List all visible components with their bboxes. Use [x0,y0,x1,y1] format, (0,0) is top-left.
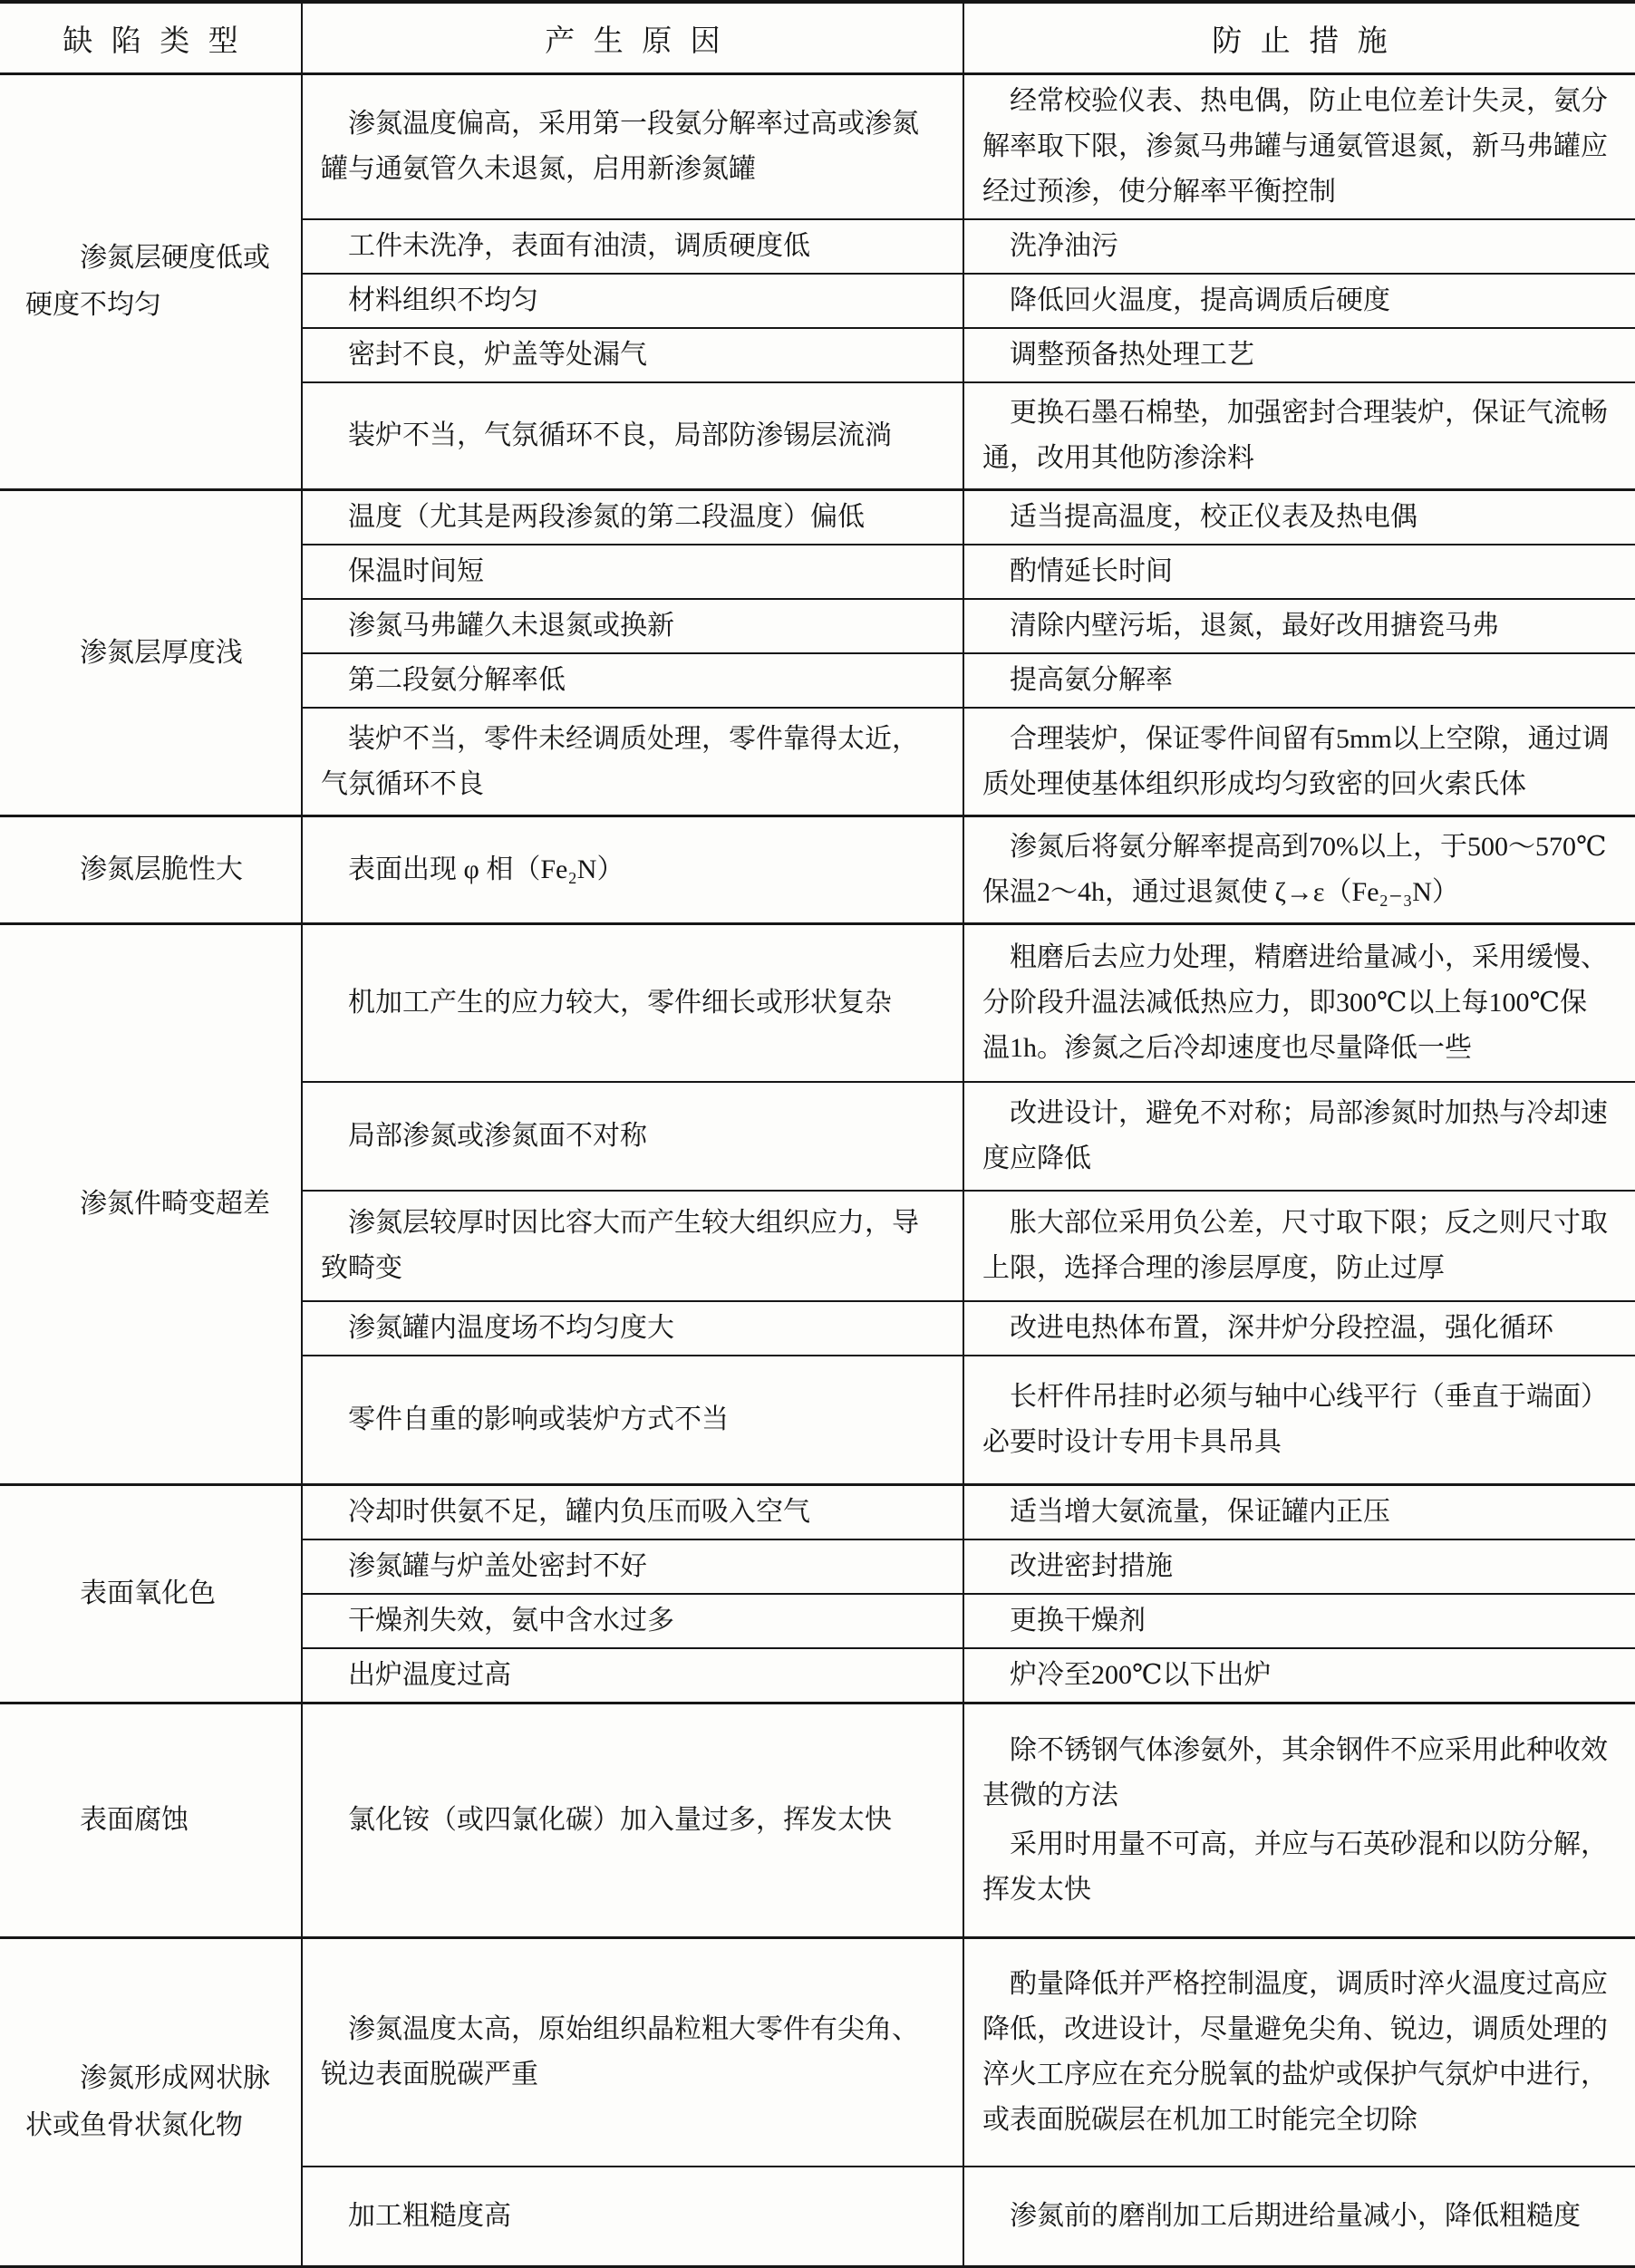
table-row: 表面出现 φ 相（Fe₂N） 渗氮后将氨分解率提高到70%以上，于500～570… [303,817,1635,922]
cause-cell: 表面出现 φ 相（Fe₂N） [303,817,964,922]
defect-cell: 渗氮件畸变超差 [0,925,303,1483]
defect-label: 渗氮层厚度浅 [0,624,254,682]
section-surface-corrosion: 表面腐蚀 氯化铵（或四氯化碳）加入量过多，挥发太快 除不锈钢气体渗氨外，其余钢件… [0,1702,1635,1936]
measure-text: 洗净油污 [964,220,1635,273]
table-row: 第二段氨分解率低 提高氨分解率 [303,652,1635,707]
table-row: 渗氮层较厚时因比容大而产生较大组织应力，导致畸变 胀大部位采用负公差，尺寸取下限… [303,1190,1635,1300]
measure-cell: 渗氮后将氨分解率提高到70%以上，于500～570℃保温2～4h，通过退氮使 ζ… [964,817,1635,922]
measure-cell: 改进电热体布置，深井炉分段控温，强化循环 [964,1302,1635,1355]
cause-cell: 渗氮马弗罐久未退氮或换新 [303,600,964,652]
table-row: 出炉温度过高 炉冷至200℃以下出炉 [303,1647,1635,1702]
cause-text: 冷却时供氨不足，罐内负压而吸入空气 [303,1486,963,1539]
section-network-nitrides: 渗氮形成网状脉状或鱼骨状氮化物 渗氮温度太高，原始组织晶粒粗大零件有尖角、锐边表… [0,1936,1635,2265]
measure-text: 适当提高温度，校正仪表及热电偶 [964,491,1635,544]
table-header-row: 缺陷类型 产生原因 防止措施 [0,4,1635,75]
measure-text: 经常校验仪表、热电偶，防止电位差计失灵，氨分解率取下限，渗氮马弗罐与通氨管退氮，… [964,75,1635,218]
measure-text: 酌量降低并严格控制温度，调质时淬火温度过高应降低，改进设计，尽量避免尖角、锐边，… [964,1958,1635,2147]
table-row: 渗氮温度太高，原始组织晶粒粗大零件有尖角、锐边表面脱碳严重 酌量降低并严格控制温… [303,1939,1635,2166]
measure-cell: 调整预备热处理工艺 [964,329,1635,381]
measure-text: 更换干燥剂 [964,1595,1635,1647]
section-rows: 渗氮温度太高，原始组织晶粒粗大零件有尖角、锐边表面脱碳严重 酌量降低并严格控制温… [303,1939,1635,2265]
measure-text: 改进密封措施 [964,1540,1635,1593]
measure-cell: 酌量降低并严格控制温度，调质时淬火温度过高应降低，改进设计，尽量避免尖角、锐边，… [964,1939,1635,2166]
measure-cell: 适当提高温度，校正仪表及热电偶 [964,491,1635,544]
table-row: 渗氮罐与炉盖处密封不好 改进密封措施 [303,1539,1635,1593]
measure-text: 胀大部位采用负公差，尺寸取下限；反之则尺寸取上限，选择合理的渗层厚度，防止过厚 [964,1197,1635,1295]
cause-text: 零件自重的影响或装炉方式不当 [303,1394,963,1446]
table-row: 工件未洗净，表面有油渍，调质硬度低 洗净油污 [303,218,1635,273]
defect-cell: 表面腐蚀 [0,1704,303,1936]
cause-cell: 干燥剂失效，氨中含水过多 [303,1595,964,1647]
cause-text: 密封不良，炉盖等处漏气 [303,329,963,381]
table-row: 机加工产生的应力较大，零件细长或形状复杂 粗磨后去应力处理，精磨进给量减小，采用… [303,925,1635,1081]
measure-cell: 提高氨分解率 [964,654,1635,707]
cause-cell: 出炉温度过高 [303,1649,964,1702]
table-row: 渗氮马弗罐久未退氮或换新 清除内壁污垢，退氮，最好改用搪瓷马弗 [303,598,1635,652]
measure-cell: 经常校验仪表、热电偶，防止电位差计失灵，氨分解率取下限，渗氮马弗罐与通氨管退氮，… [964,75,1635,218]
header-cause: 产生原因 [303,4,964,72]
cause-text: 渗氮罐与炉盖处密封不好 [303,1540,963,1593]
section-brittleness: 渗氮层脆性大 表面出现 φ 相（Fe₂N） 渗氮后将氨分解率提高到70%以上，于… [0,815,1635,922]
measure-cell: 改进密封措施 [964,1540,1635,1593]
table-row: 保温时间短 酌情延长时间 [303,544,1635,598]
table-row: 装炉不当，气氛循环不良，局部防渗锡层流淌 更换石墨石棉垫，加强密封合理装炉，保证… [303,381,1635,488]
cause-text: 渗氮温度偏高，采用第一段氨分解率过高或渗氮罐与通氨管久未退氮，启用新渗氮罐 [303,98,963,196]
cause-text: 第二段氨分解率低 [303,654,963,707]
measure-text: 长杆件吊挂时必须与轴中心线平行（垂直于端面）必要时设计专用卡具吊具 [964,1371,1635,1469]
table-row: 加工粗糙度高 渗氮前的磨削加工后期进给量减小，降低粗糙度 [303,2166,1635,2265]
measure-text: 采用时用量不可高，并应与石英砂混和以防分解，挥发太快 [964,1822,1635,1916]
header-defect-type: 缺陷类型 [0,4,303,72]
cause-text: 加工粗糙度高 [303,2190,963,2243]
cause-cell: 渗氮温度偏高，采用第一段氨分解率过高或渗氮罐与通氨管久未退氮，启用新渗氮罐 [303,75,964,218]
cause-cell: 密封不良，炉盖等处漏气 [303,329,964,381]
cause-cell: 渗氮罐与炉盖处密封不好 [303,1540,964,1593]
cause-cell: 工件未洗净，表面有油渍，调质硬度低 [303,220,964,273]
section-rows: 渗氮温度偏高，采用第一段氨分解率过高或渗氮罐与通氨管久未退氮，启用新渗氮罐 经常… [303,75,1635,488]
measure-text: 清除内壁污垢，退氮，最好改用搪瓷马弗 [964,600,1635,652]
measure-cell: 清除内壁污垢，退氮，最好改用搪瓷马弗 [964,600,1635,652]
section-hardness-low: 渗氮层硬度低或硬度不均匀 渗氮温度偏高，采用第一段氨分解率过高或渗氮罐与通氨管久… [0,75,1635,488]
cause-cell: 保温时间短 [303,545,964,598]
measure-cell: 胀大部位采用负公差，尺寸取下限；反之则尺寸取上限，选择合理的渗层厚度，防止过厚 [964,1192,1635,1300]
defects-table: 缺陷类型 产生原因 防止措施 渗氮层硬度低或硬度不均匀 渗氮温度偏高，采用第一段… [0,0,1635,2268]
table-row: 密封不良，炉盖等处漏气 调整预备热处理工艺 [303,327,1635,381]
cause-cell: 渗氮温度太高，原始组织晶粒粗大零件有尖角、锐边表面脱碳严重 [303,1939,964,2166]
measure-text: 调整预备热处理工艺 [964,329,1635,381]
measure-text: 渗氮前的磨削加工后期进给量减小，降低粗糙度 [964,2190,1635,2243]
cause-cell: 材料组织不均匀 [303,275,964,327]
cause-cell: 氯化铵（或四氯化碳）加入量过多，挥发太快 [303,1704,964,1936]
measure-cell: 除不锈钢气体渗氨外，其余钢件不应采用此种收效甚微的方法 采用时用量不可高，并应与… [964,1704,1635,1936]
cause-text: 温度（尤其是两段渗氮的第二段温度）偏低 [303,491,963,544]
defect-cell: 渗氮层脆性大 [0,817,303,922]
measure-text: 酌情延长时间 [964,545,1635,598]
measure-cell: 长杆件吊挂时必须与轴中心线平行（垂直于端面）必要时设计专用卡具吊具 [964,1356,1635,1483]
cause-text: 表面出现 φ 相（Fe₂N） [303,844,963,896]
cause-cell: 渗氮罐内温度场不均匀度大 [303,1302,964,1355]
cause-text: 材料组织不均匀 [303,275,963,327]
section-rows: 氯化铵（或四氯化碳）加入量过多，挥发太快 除不锈钢气体渗氨外，其余钢件不应采用此… [303,1704,1635,1936]
table-row: 局部渗氮或渗氮面不对称 改进设计，避免不对称；局部渗氮时加热与冷却速度应降低 [303,1081,1635,1190]
measure-cell: 粗磨后去应力处理，精磨进给量减小，采用缓慢、分阶段升温法减低热应力，即300℃以… [964,925,1635,1081]
cause-text: 机加工产生的应力较大，零件细长或形状复杂 [303,977,963,1029]
measure-cell: 酌情延长时间 [964,545,1635,598]
measure-cell: 更换石墨石棉垫，加强密封合理装炉，保证气流畅通，改用其他防渗涂料 [964,383,1635,488]
table-row: 材料组织不均匀 降低回火温度，提高调质后硬度 [303,273,1635,327]
cause-text: 保温时间短 [303,545,963,598]
section-distortion: 渗氮件畸变超差 机加工产生的应力较大，零件细长或形状复杂 粗磨后去应力处理，精磨… [0,922,1635,1483]
defect-cell: 渗氮层厚度浅 [0,491,303,815]
cause-text: 渗氮层较厚时因比容大而产生较大组织应力，导致畸变 [303,1197,963,1295]
table-row: 渗氮温度偏高，采用第一段氨分解率过高或渗氮罐与通氨管久未退氮，启用新渗氮罐 经常… [303,75,1635,218]
measure-cell: 合理装炉，保证零件间留有5mm以上空隙，通过调质处理使基体组织形成均匀致密的回火… [964,709,1635,815]
measure-cell: 适当增大氨流量，保证罐内正压 [964,1486,1635,1539]
cause-cell: 局部渗氮或渗氮面不对称 [303,1083,964,1190]
defect-label: 表面腐蚀 [0,1791,199,1849]
header-measure: 防止措施 [964,4,1635,72]
measure-cell: 降低回火温度，提高调质后硬度 [964,275,1635,327]
cause-text: 氯化铵（或四氯化碳）加入量过多，挥发太快 [303,1794,963,1847]
cause-text: 干燥剂失效，氨中含水过多 [303,1595,963,1647]
section-rows: 机加工产生的应力较大，零件细长或形状复杂 粗磨后去应力处理，精磨进给量减小，采用… [303,925,1635,1483]
cause-cell: 冷却时供氨不足，罐内负压而吸入空气 [303,1486,964,1539]
measure-text: 除不锈钢气体渗氨外，其余钢件不应采用此种收效甚微的方法 [964,1724,1635,1822]
cause-text: 装炉不当，零件未经调质处理，零件靠得太近，气氛循环不良 [303,713,963,811]
table-row: 冷却时供氨不足，罐内负压而吸入空气 适当增大氨流量，保证罐内正压 [303,1486,1635,1539]
defect-label: 渗氮件畸变超差 [0,1175,281,1233]
cause-cell: 渗氮层较厚时因比容大而产生较大组织应力，导致畸变 [303,1192,964,1300]
measure-text: 更换石墨石棉垫，加强密封合理装炉，保证气流畅通，改用其他防渗涂料 [964,387,1635,485]
measure-text: 合理装炉，保证零件间留有5mm以上空隙，通过调质处理使基体组织形成均匀致密的回火… [964,713,1635,811]
table-row: 温度（尤其是两段渗氮的第二段温度）偏低 适当提高温度，校正仪表及热电偶 [303,491,1635,544]
cause-cell: 温度（尤其是两段渗氮的第二段温度）偏低 [303,491,964,544]
measure-cell: 更换干燥剂 [964,1595,1635,1647]
table-row: 干燥剂失效，氨中含水过多 更换干燥剂 [303,1593,1635,1647]
measure-text: 适当增大氨流量，保证罐内正压 [964,1486,1635,1539]
cause-text: 工件未洗净，表面有油渍，调质硬度低 [303,220,963,273]
cause-text: 渗氮马弗罐久未退氮或换新 [303,600,963,652]
table-row: 装炉不当，零件未经调质处理，零件靠得太近，气氛循环不良 合理装炉，保证零件间留有… [303,707,1635,815]
measure-text: 降低回火温度，提高调质后硬度 [964,275,1635,327]
defect-cell: 表面氧化色 [0,1486,303,1702]
cause-cell: 机加工产生的应力较大，零件细长或形状复杂 [303,925,964,1081]
section-rows: 表面出现 φ 相（Fe₂N） 渗氮后将氨分解率提高到70%以上，于500～570… [303,817,1635,922]
section-rows: 温度（尤其是两段渗氮的第二段温度）偏低 适当提高温度，校正仪表及热电偶 保温时间… [303,491,1635,815]
cause-cell: 装炉不当，气氛循环不良，局部防渗锡层流淌 [303,383,964,488]
cause-cell: 零件自重的影响或装炉方式不当 [303,1356,964,1483]
defect-cell: 渗氮层硬度低或硬度不均匀 [0,75,303,488]
table-row: 渗氮罐内温度场不均匀度大 改进电热体布置，深井炉分段控温，强化循环 [303,1300,1635,1355]
cause-cell: 第二段氨分解率低 [303,654,964,707]
table-row: 零件自重的影响或装炉方式不当 长杆件吊挂时必须与轴中心线平行（垂直于端面）必要时… [303,1355,1635,1483]
table-row: 氯化铵（或四氯化碳）加入量过多，挥发太快 除不锈钢气体渗氨外，其余钢件不应采用此… [303,1704,1635,1936]
measure-cell: 改进设计，避免不对称；局部渗氮时加热与冷却速度应降低 [964,1083,1635,1190]
measure-text: 炉冷至200℃以下出炉 [964,1649,1635,1702]
defect-label: 渗氮形成网状脉状或鱼骨状氮化物 [0,2050,301,2155]
section-layer-shallow: 渗氮层厚度浅 温度（尤其是两段渗氮的第二段温度）偏低 适当提高温度，校正仪表及热… [0,488,1635,815]
measure-cell: 炉冷至200℃以下出炉 [964,1649,1635,1702]
measure-text: 粗磨后去应力处理，精磨进给量减小，采用缓慢、分阶段升温法减低热应力，即300℃以… [964,931,1635,1075]
cause-text: 出炉温度过高 [303,1649,963,1702]
cause-text: 装炉不当，气氛循环不良，局部防渗锡层流淌 [303,410,963,462]
cause-cell: 加工粗糙度高 [303,2167,964,2265]
section-surface-oxide-color: 表面氧化色 冷却时供氨不足，罐内负压而吸入空气 适当增大氨流量，保证罐内正压 渗… [0,1483,1635,1702]
section-rows: 冷却时供氨不足，罐内负压而吸入空气 适当增大氨流量，保证罐内正压 渗氮罐与炉盖处… [303,1486,1635,1702]
cause-cell: 装炉不当，零件未经调质处理，零件靠得太近，气氛循环不良 [303,709,964,815]
defect-cell: 渗氮形成网状脉状或鱼骨状氮化物 [0,1939,303,2265]
measure-text: 改进电热体布置，深井炉分段控温，强化循环 [964,1302,1635,1355]
cause-text: 渗氮罐内温度场不均匀度大 [303,1302,963,1355]
measure-text: 提高氨分解率 [964,654,1635,707]
defect-label: 渗氮层硬度低或硬度不均匀 [0,229,301,334]
measure-text: 改进设计，避免不对称；局部渗氮时加热与冷却速度应降低 [964,1087,1635,1185]
defect-label: 渗氮层脆性大 [0,841,254,899]
cause-text: 渗氮温度太高，原始组织晶粒粗大零件有尖角、锐边表面脱碳严重 [303,2003,963,2101]
cause-text: 局部渗氮或渗氮面不对称 [303,1110,963,1163]
defect-label: 表面氧化色 [0,1565,227,1623]
measure-cell: 渗氮前的磨削加工后期进给量减小，降低粗糙度 [964,2167,1635,2265]
measure-cell: 洗净油污 [964,220,1635,273]
measure-text: 渗氮后将氨分解率提高到70%以上，于500～570℃保温2～4h，通过退氮使 ζ… [964,821,1635,919]
